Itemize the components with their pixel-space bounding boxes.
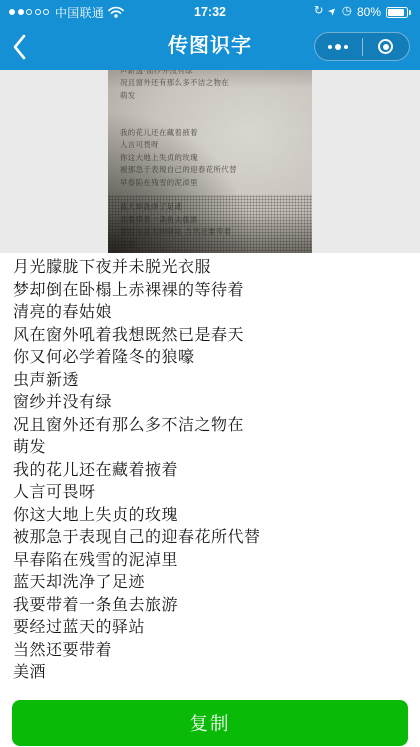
photo-text-line: 被那急于表现自己的迎春花所代替 bbox=[120, 164, 237, 176]
photo-text-line: 声新透·窗纱并没有绿 bbox=[120, 70, 237, 77]
ocr-line: 清亮的春姑娘 bbox=[13, 302, 414, 325]
ocr-line: 月光朦胧下夜并未脱光衣服 bbox=[13, 257, 414, 280]
photo-text-line: 我的花儿还在藏着掖着 bbox=[120, 127, 237, 139]
ocr-line: 被那急于表现自己的迎春花所代替 bbox=[13, 527, 414, 550]
page-title: 传图识字 bbox=[168, 24, 252, 70]
miniprogram-capsule bbox=[314, 32, 410, 61]
exit-button[interactable] bbox=[363, 33, 410, 60]
rotation-lock-icon: ↻ bbox=[314, 6, 324, 18]
wifi-icon bbox=[108, 6, 124, 18]
photo-text-line: 况且窗外还有那么多不洁之物在 bbox=[120, 77, 237, 89]
status-bar: 中国联通 17:32 ↻ ➤ ◷ 80% bbox=[0, 0, 420, 24]
photo-text-line bbox=[120, 115, 237, 127]
nav-bar: 传图识字 bbox=[0, 24, 420, 70]
ocr-line: 早春陷在残雪的泥淖里 bbox=[13, 550, 414, 573]
header: 中国联通 17:32 ↻ ➤ ◷ 80% bbox=[0, 0, 420, 70]
more-icon bbox=[328, 45, 332, 49]
back-button[interactable] bbox=[12, 32, 38, 62]
photo-text-line: 人言可畏呀 bbox=[120, 139, 237, 151]
battery-icon bbox=[386, 7, 408, 18]
ocr-line: 况且窗外还有那么多不洁之物在 bbox=[13, 415, 414, 438]
ocr-line: 美酒 bbox=[13, 662, 414, 685]
photo-text-line: 我要带着一条鱼去旅游 bbox=[120, 214, 237, 226]
ocr-line: 要经过蓝天的驿站 bbox=[13, 617, 414, 640]
ocr-line: 窗纱并没有绿 bbox=[13, 392, 414, 415]
ocr-line: 蓝天却洗净了足迹 bbox=[13, 572, 414, 595]
photo-band: 声新透·窗纱并没有绿况且窗外还有那么多不洁之物在萌发 我的花儿还在藏着掖着人言可… bbox=[0, 70, 420, 253]
photo-text-line bbox=[120, 189, 237, 201]
location-icon: ➤ bbox=[326, 5, 339, 18]
photo-text: 声新透·窗纱并没有绿况且窗外还有那么多不洁之物在萌发 我的花儿还在藏着掖着人言可… bbox=[120, 70, 237, 251]
photo-text-line bbox=[120, 102, 237, 114]
ocr-line: 我要带着一条鱼去旅游 bbox=[13, 595, 414, 618]
chevron-left-icon bbox=[12, 34, 26, 60]
photo-text-line: 你这大地上失贞的玫瑰 bbox=[120, 152, 237, 164]
photo-text-line: 早春陷在残雪的泥淖里 bbox=[120, 177, 237, 189]
photo-text-line: 要经过蓝天的驿站 当然还要带着 bbox=[120, 226, 237, 238]
ocr-line: 风在窗外吼着我想既然已是春天 bbox=[13, 325, 414, 348]
status-bar-right: ↻ ➤ ◷ 80% bbox=[314, 5, 411, 19]
status-bar-left: 中国联通 bbox=[9, 4, 124, 21]
more-button[interactable] bbox=[315, 33, 362, 60]
copy-button[interactable]: 复制 bbox=[12, 700, 408, 746]
photo-text-line: 萌发 bbox=[120, 90, 237, 102]
photo-text-line: 蓝天却洗净了足迹 bbox=[120, 201, 237, 213]
exit-icon bbox=[378, 39, 393, 54]
ocr-line: 梦却倒在卧榻上赤裸裸的等待着 bbox=[13, 280, 414, 303]
ocr-line: 你又何必学着隆冬的狼嚎 bbox=[13, 347, 414, 370]
ocr-line: 我的花儿还在藏着掖着 bbox=[13, 460, 414, 483]
ocr-line: 人言可畏呀 bbox=[13, 482, 414, 505]
ocr-result: 月光朦胧下夜并未脱光衣服梦却倒在卧榻上赤裸裸的等待着清亮的春姑娘风在窗外吼着我想… bbox=[13, 254, 414, 685]
alarm-icon: ◷ bbox=[342, 6, 352, 18]
clock: 17:32 bbox=[194, 0, 226, 24]
ocr-line: 你这大地上失贞的玫瑰 bbox=[13, 505, 414, 528]
ocr-line: 虫声新透 bbox=[13, 370, 414, 393]
battery-percent-label: 80% bbox=[357, 5, 381, 19]
photo-preview[interactable]: 声新透·窗纱并没有绿况且窗外还有那么多不洁之物在萌发 我的花儿还在藏着掖着人言可… bbox=[108, 70, 312, 253]
carrier-label: 中国联通 bbox=[55, 4, 104, 21]
screen: 中国联通 17:32 ↻ ➤ ◷ 80% bbox=[0, 0, 420, 747]
signal-strength-icon bbox=[9, 9, 49, 15]
ocr-line: 当然还要带着 bbox=[13, 640, 414, 663]
ocr-line: 萌发 bbox=[13, 437, 414, 460]
photo-text-line: 美酒 bbox=[120, 239, 237, 251]
